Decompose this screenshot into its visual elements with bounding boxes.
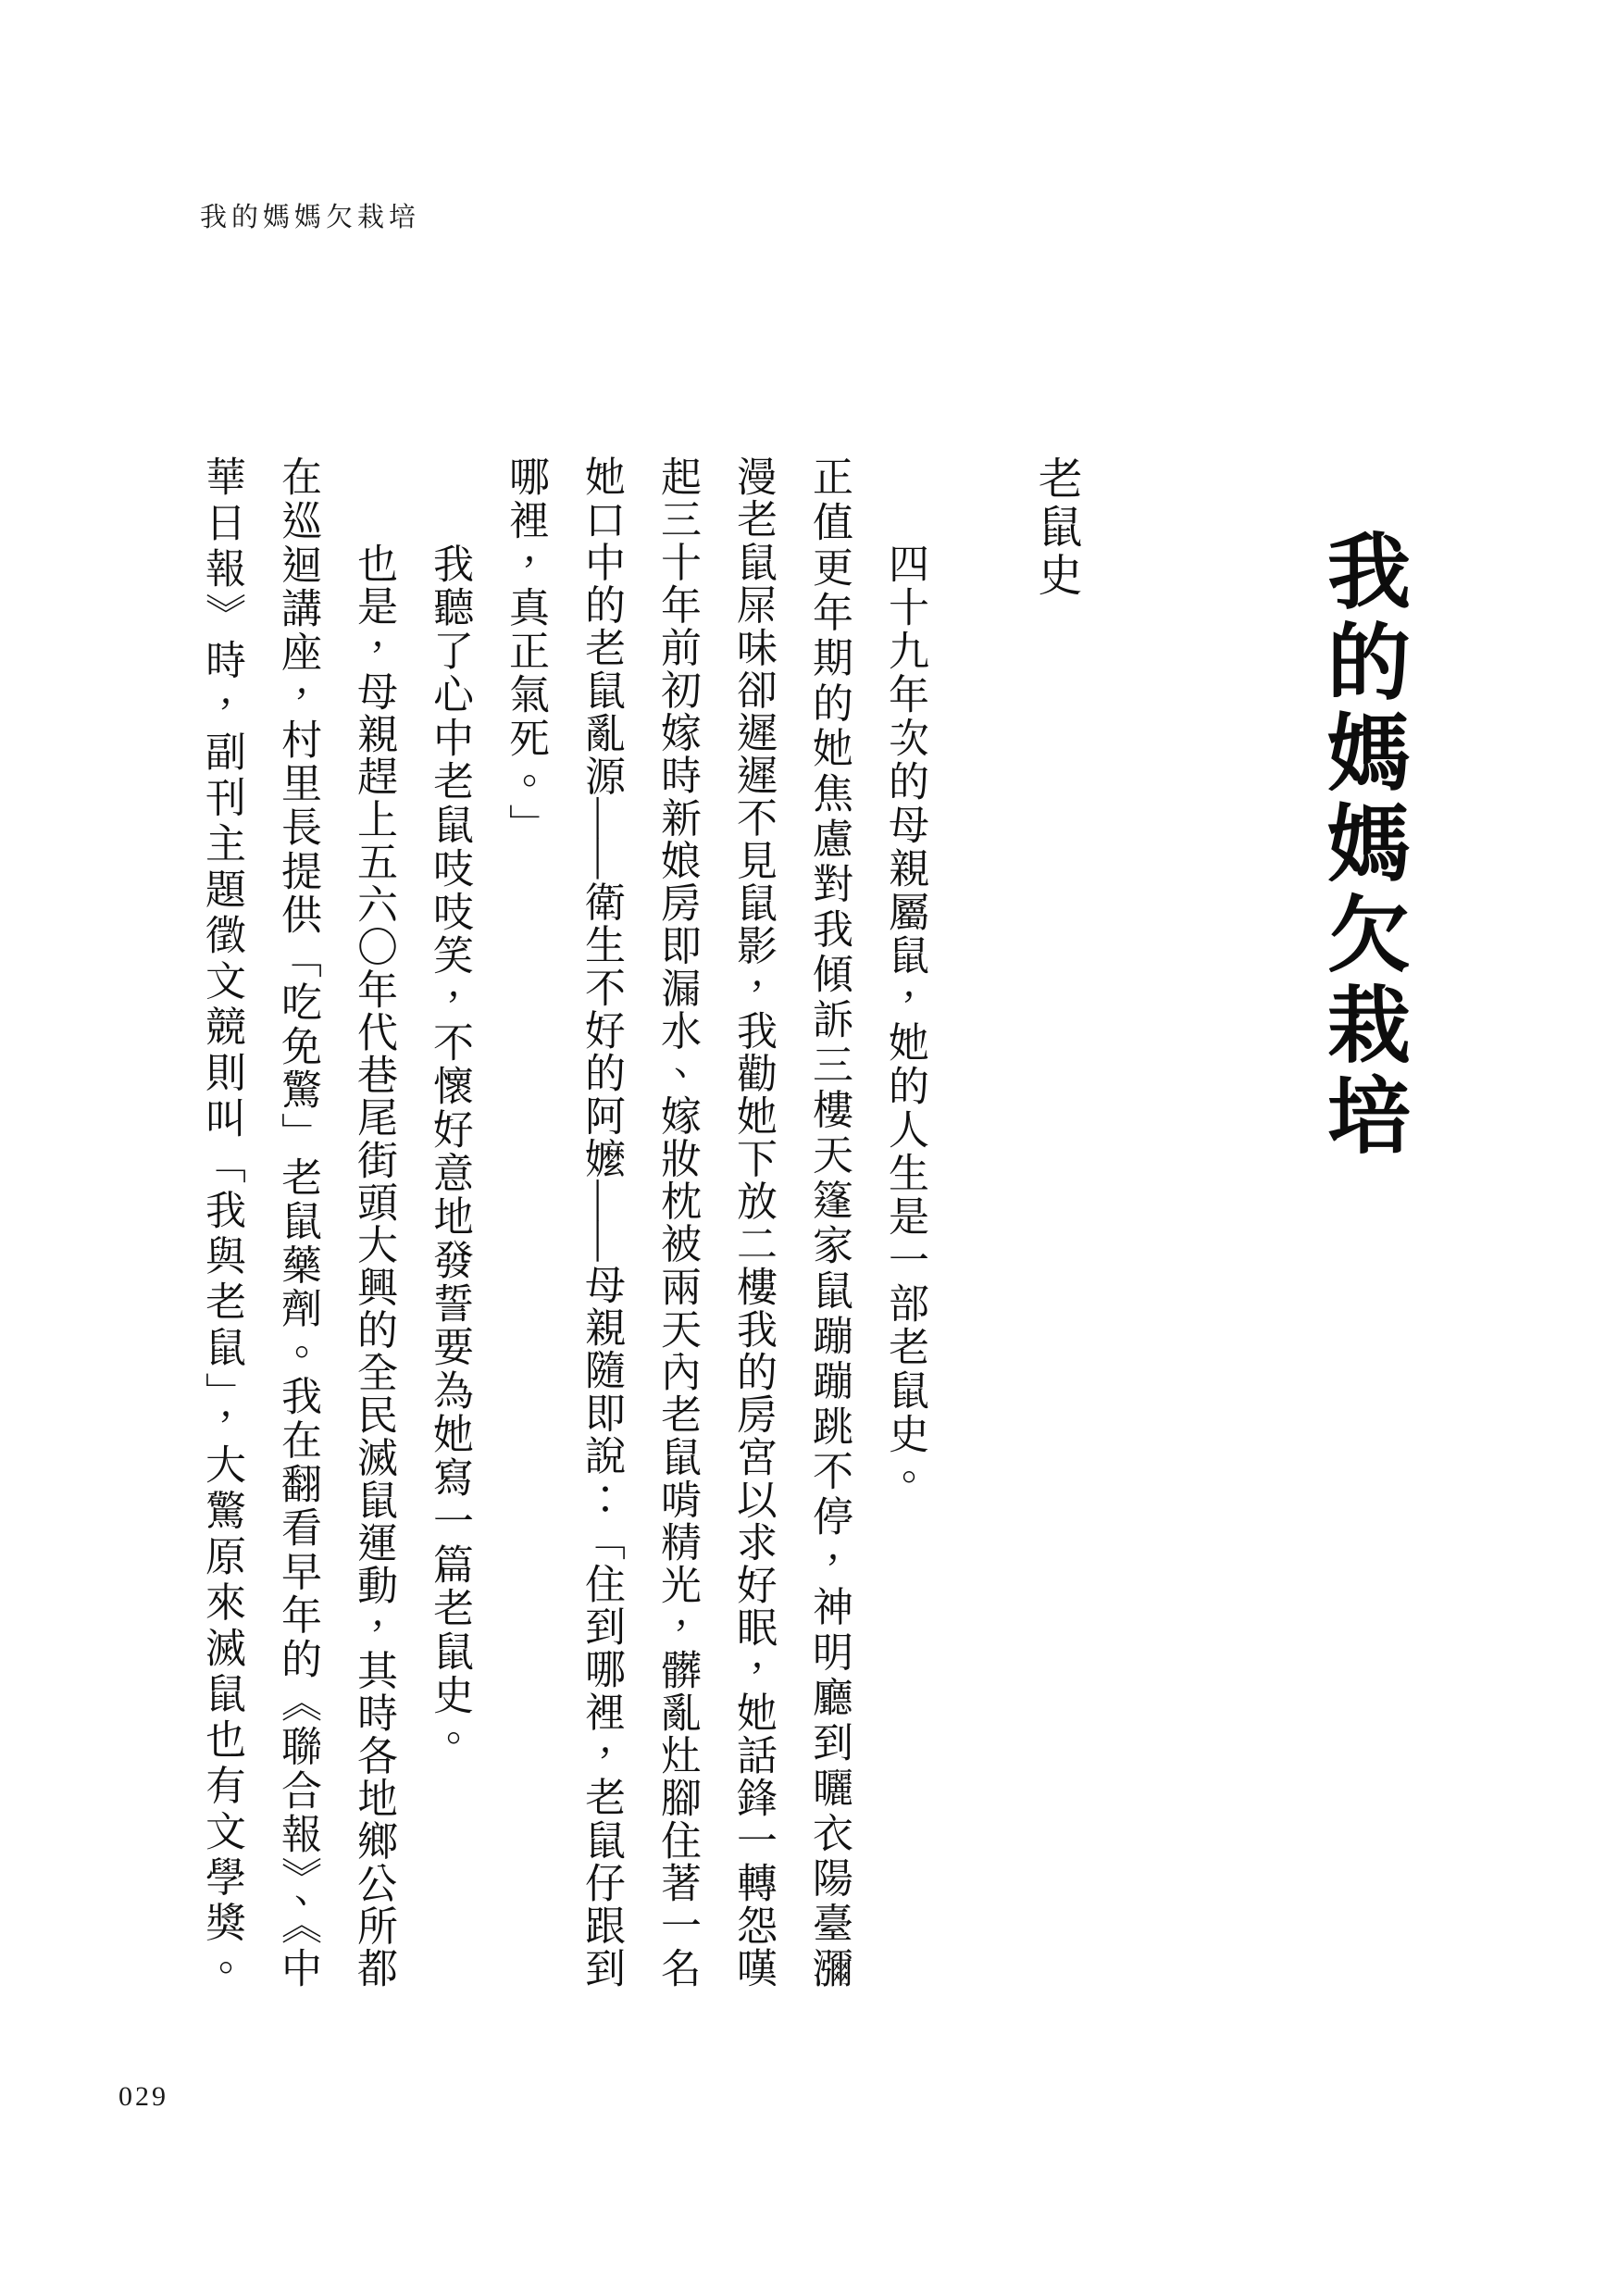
running-header: 我的媽媽欠栽培 [200,196,420,234]
section-title: 老鼠史 [1024,455,1088,600]
text-column: 我聽了心中老鼠吱吱笑，不懷好意地發誓要為她寫一篇老鼠史。 [411,455,487,1992]
page-number: 029 [118,2081,168,2113]
body-text: 四十九年次的母親屬鼠，她的人生是一部老鼠史。正值更年期的她焦慮對我傾訴三樓天篷家… [181,455,942,1992]
text-column: 在巡迴講座，村里長提供「吃免驚」老鼠藥劑。我在翻看早年的《聯合報》、《中 [259,455,335,1988]
text-column: 四十九年次的母親屬鼠，她的人生是一部老鼠史。 [866,455,942,1992]
text-column: 她口中的老鼠亂源——衛生不好的阿嬤——母親隨即說：「住到哪裡，老鼠仔跟到 [563,455,639,1988]
chapter-title: 我的媽媽欠栽培 [1300,528,1420,1163]
book-page: 我的媽媽欠栽培 我的媽媽欠栽培 老鼠史 四十九年次的母親屬鼠，她的人生是一部老鼠… [0,0,1618,2296]
text-column: 也是，母親趕上五六〇年代巷尾街頭大興的全民滅鼠運動，其時各地鄉公所都 [335,455,411,1988]
text-column: 華日報》時，副刊主題徵文競則叫「我與老鼠」，大驚原來滅鼠也有文學獎。 [183,455,259,1988]
text-column: 漫老鼠屎味卻遲遲不見鼠影，我勸她下放二樓我的房宮以求好眠，她話鋒一轉怨嘆 [715,455,790,1988]
text-column: 起三十年前初嫁時新娘房即漏水、嫁妝枕被兩天內老鼠啃精光，髒亂灶腳住著一名 [639,455,715,1988]
text-column: 正值更年期的她焦慮對我傾訴三樓天篷家鼠蹦蹦跳不停，神明廳到曬衣陽臺瀰 [790,455,866,1988]
text-column: 哪裡，真正氣死。」 [487,455,563,1992]
